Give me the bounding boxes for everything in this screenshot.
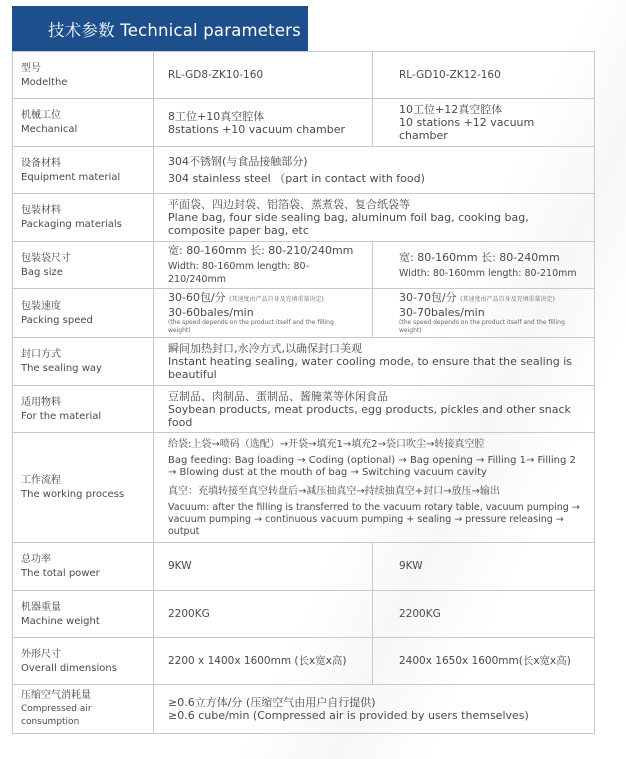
value-zh: 30-60包/分 — [168, 291, 226, 304]
spec-table: 型号 Modelthe RL-GD8-ZK10-160 RL-GD10-ZK12… — [12, 51, 595, 734]
dimensions-value-2: 2400x 1650x 1600mm(长x宽x高) — [373, 638, 595, 685]
packing-speed-value-1: 30-60包/分 (其速度由产品自身及充填重量决定) 30-60bales/mi… — [154, 289, 373, 338]
label-zh: 压缩空气消耗量 — [21, 689, 139, 702]
row-label: 压缩空气消耗量 Compressed air consumption — [13, 685, 154, 734]
label-zh: 适用物料 — [21, 396, 139, 409]
machine-weight-value-2: 2200KG — [373, 591, 595, 638]
bag-size-value-1: 宽: 80-160mm 长: 80-210/240mm Width: 80-16… — [154, 242, 373, 289]
value-zh: 10工位+12真空腔体 — [399, 103, 580, 116]
vacuum-en-1: Vacuum: after the filling is transferred… — [168, 502, 580, 514]
value-en-line2: composite paper bag, etc — [168, 224, 580, 237]
working-process-value: 给袋:上袋→喷码（选配）→开袋→填充1→填充2→袋口吹尘→转接真空腔 Bag f… — [154, 433, 595, 543]
total-power-value-2: 9KW — [373, 543, 595, 591]
row-sealing-way: 封口方式 The sealing way 瞬间加热封口,水冷方式,以确保封口美观… — [13, 338, 595, 386]
row-label: 外形尺寸 Overall dimensions — [13, 638, 154, 685]
machine-weight-value-1: 2200KG — [154, 591, 373, 638]
row-label: 总功率 The total power — [13, 543, 154, 591]
label-en: Packaging materials — [21, 218, 139, 231]
value-zh: 瞬间加热封口,水冷方式,以确保封口美观 — [168, 342, 580, 355]
label-zh: 设备材料 — [21, 157, 139, 170]
label-en: The sealing way — [21, 362, 139, 375]
label-en: Bag size — [21, 266, 139, 279]
row-overall-dimensions: 外形尺寸 Overall dimensions 2200 x 1400x 160… — [13, 638, 595, 685]
value-en: ≥0.6 cube/min (Compressed air is provide… — [168, 709, 580, 722]
vacuum-en-2: vacuum pumping → continuous vacuum pumpi… — [168, 514, 580, 538]
row-packing-speed: 包装速度 Packing speed 30-60包/分 (其速度由产品自身及充填… — [13, 289, 595, 338]
model-value-2: RL-GD10-ZK12-160 — [373, 52, 595, 99]
label-zh: 机械工位 — [21, 109, 139, 122]
label-en: Equipment material — [21, 171, 139, 184]
value-zh: 宽: 80-160mm 长: 80-210/240mm — [168, 244, 358, 257]
packaging-materials-value: 平面袋、四边封袋、铝箔袋、蒸煮袋、复合纸袋等 Plane bag, four s… — [154, 194, 595, 242]
equipment-material-value: 304不锈钢(与食品接触部分) 304 stainless steel （par… — [154, 147, 595, 194]
value-zh: 豆制品、肉制品、蛋制品、酱腌菜等休闲食品 — [168, 390, 580, 403]
compressed-air-value: ≥0.6立方体/分 (压缩空气由用户自行提供) ≥0.6 cube/min (C… — [154, 685, 595, 734]
label-en: Compressed air consumption — [21, 703, 139, 729]
row-for-material: 适用物料 For the material 豆制品、肉制品、蛋制品、酱腌菜等休闲… — [13, 386, 595, 433]
row-working-process: 工作流程 The working process 给袋:上袋→喷码（选配）→开袋… — [13, 433, 595, 543]
feeding-en-1: Bag feeding: Bag loading → Coding (optio… — [168, 455, 580, 467]
label-en: Modelthe — [21, 76, 139, 89]
label-zh: 封口方式 — [21, 348, 139, 361]
row-total-power: 总功率 The total power 9KW 9KW — [13, 543, 595, 591]
value-en: Width: 80-160mm length: 80-210/240mm — [168, 260, 358, 286]
row-label: 包装材料 Packaging materials — [13, 194, 154, 242]
speed-note-zh: (其速度由产品自身及充填重量决定) — [229, 296, 324, 303]
model-value-1: RL-GD8-ZK10-160 — [154, 52, 373, 99]
row-compressed-air: 压缩空气消耗量 Compressed air consumption ≥0.6立… — [13, 685, 595, 734]
row-bag-size: 包装袋尺寸 Bag size 宽: 80-160mm 长: 80-210/240… — [13, 242, 595, 289]
mechanical-value-1: 8工位+10真空腔体 8stations +10 vacuum chamber — [154, 99, 373, 147]
speed-note-zh: (其速度由产品自身及充填重量决定) — [460, 296, 555, 303]
mechanical-value-2: 10工位+12真空腔体 10 stations +12 vacuum chamb… — [373, 99, 595, 147]
value-zh: 平面袋、四边封袋、铝箔袋、蒸煮袋、复合纸袋等 — [168, 198, 580, 211]
dimensions-value-1: 2200 x 1400x 1600mm (长x宽x高) — [154, 638, 373, 685]
packing-speed-value-2: 30-70包/分 (其速度由产品自身及充填重量决定) 30-70bales/mi… — [373, 289, 595, 338]
row-label: 封口方式 The sealing way — [13, 338, 154, 386]
row-label: 包装速度 Packing speed — [13, 289, 154, 338]
speed-note-en: (the speed depends on the product itself… — [399, 319, 580, 335]
row-label: 机械工位 Mechanical — [13, 99, 154, 147]
label-zh: 机器重量 — [21, 601, 139, 614]
row-label: 包装袋尺寸 Bag size — [13, 242, 154, 289]
value-en-line1: Plane bag, four side sealing bag, alumin… — [168, 211, 580, 224]
row-machine-weight: 机器重量 Machine weight 2200KG 2200KG — [13, 591, 595, 638]
label-zh: 总功率 — [21, 553, 139, 566]
spec-sheet: 技术参数 Technical parameters 型号 Modelthe RL… — [0, 0, 626, 759]
feeding-en-2: → Blowing dust at the mouth of bag → Swi… — [168, 467, 580, 479]
label-en: Machine weight — [21, 615, 139, 628]
row-label: 设备材料 Equipment material — [13, 147, 154, 194]
value-zh: 304不锈钢(与食品接触部分) — [168, 155, 580, 168]
row-label: 工作流程 The working process — [13, 433, 154, 543]
row-model: 型号 Modelthe RL-GD8-ZK10-160 RL-GD10-ZK12… — [13, 52, 595, 99]
row-mechanical: 机械工位 Mechanical 8工位+10真空腔体 8stations +10… — [13, 99, 595, 147]
value-zh: ≥0.6立方体/分 (压缩空气由用户自行提供) — [168, 696, 580, 709]
row-label: 适用物料 For the material — [13, 386, 154, 433]
value-en: Soybean products, meat products, egg pro… — [168, 403, 580, 429]
label-en: The working process — [21, 488, 139, 501]
feeding-zh: 给袋:上袋→喷码（选配）→开袋→填充1→填充2→袋口吹尘→转接真空腔 — [168, 438, 580, 451]
vacuum-zh: 真空：充填转接至真空转盘后→减压抽真空→持续抽真空+封口→放压→输出 — [168, 485, 580, 498]
value-zh: 8工位+10真空腔体 — [168, 110, 358, 123]
label-en: Mechanical — [21, 123, 139, 136]
value-en: Width: 80-160mm length: 80-210mm — [399, 267, 580, 280]
label-zh: 工作流程 — [21, 474, 139, 487]
row-label: 机器重量 Machine weight — [13, 591, 154, 638]
label-zh: 外形尺寸 — [21, 648, 139, 661]
for-material-value: 豆制品、肉制品、蛋制品、酱腌菜等休闲食品 Soybean products, m… — [154, 386, 595, 433]
speed-note-en: (the speed depends on the product itself… — [168, 319, 358, 335]
row-packaging-materials: 包装材料 Packaging materials 平面袋、四边封袋、铝箔袋、蒸煮… — [13, 194, 595, 242]
label-en: Overall dimensions — [21, 662, 139, 675]
value-en: 30-60bales/min — [168, 306, 358, 319]
value-en: 304 stainless steel （part in contact wit… — [168, 172, 580, 185]
value-zh: 宽: 80-160mm 长: 80-240mm — [399, 251, 580, 264]
label-zh: 型号 — [21, 62, 139, 75]
row-equipment-material: 设备材料 Equipment material 304不锈钢(与食品接触部分) … — [13, 147, 595, 194]
value-en: 10 stations +12 vacuum chamber — [399, 116, 580, 142]
label-zh: 包装袋尺寸 — [21, 252, 139, 265]
row-label: 型号 Modelthe — [13, 52, 154, 99]
label-en: Packing speed — [21, 314, 139, 327]
total-power-value-1: 9KW — [154, 543, 373, 591]
value-en: 30-70bales/min — [399, 306, 580, 319]
value-zh: 30-70包/分 — [399, 291, 457, 304]
label-zh: 包装材料 — [21, 204, 139, 217]
bag-size-value-2: 宽: 80-160mm 长: 80-240mm Width: 80-160mm … — [373, 242, 595, 289]
value-en: 8stations +10 vacuum chamber — [168, 123, 358, 136]
section-title: 技术参数 Technical parameters — [12, 6, 308, 51]
sealing-way-value: 瞬间加热封口,水冷方式,以确保封口美观 Instant heating seal… — [154, 338, 595, 386]
label-en: The total power — [21, 567, 139, 580]
value-en: Instant heating sealing, water cooling m… — [168, 355, 580, 381]
label-zh: 包装速度 — [21, 300, 139, 313]
label-en: For the material — [21, 410, 139, 423]
